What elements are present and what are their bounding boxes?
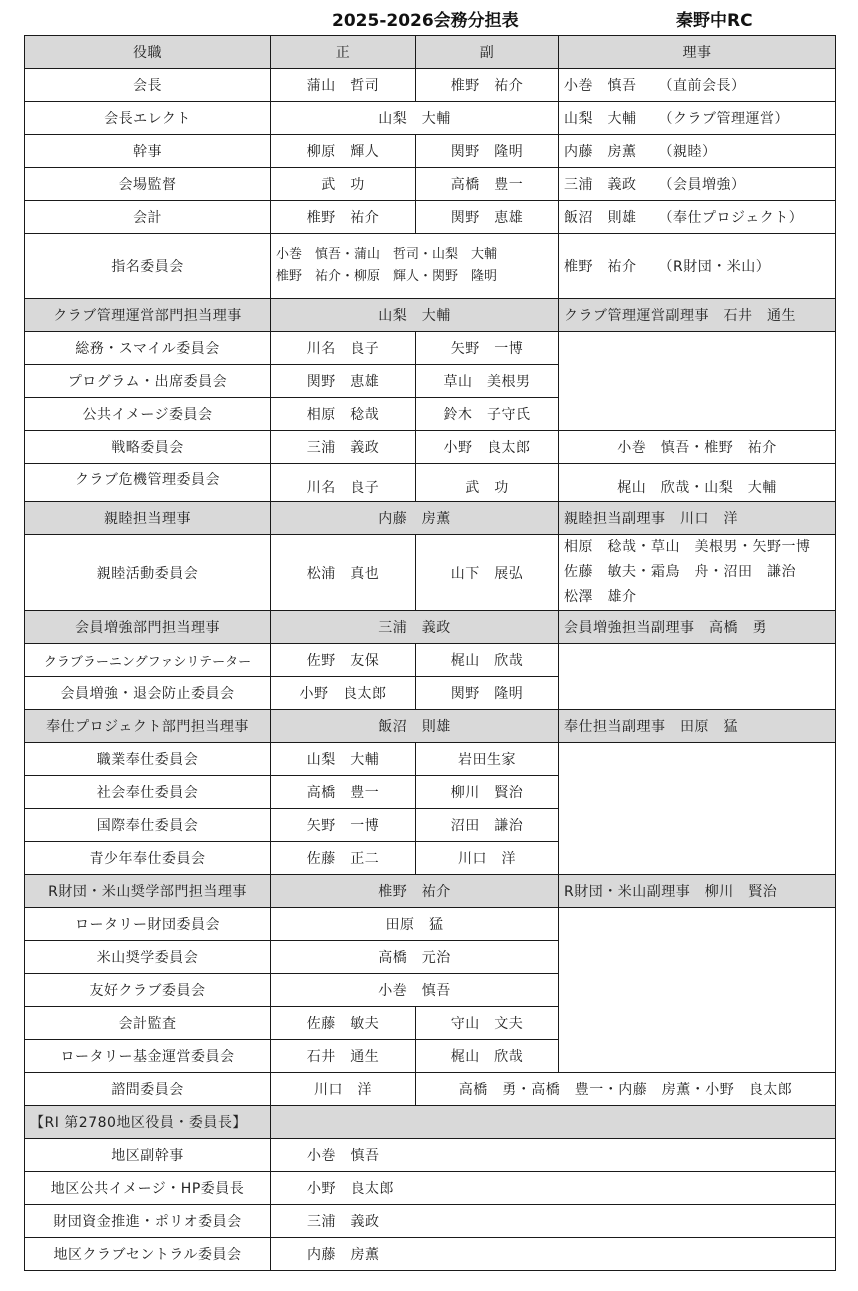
district-name-cell: 小巻 慎吾 <box>271 1139 836 1172</box>
role-cell: 国際奉仕委員会 <box>25 809 271 842</box>
role-cell: 友好クラブ委員会 <box>25 974 271 1007</box>
role-cell: 会員増強・退会防止委員会 <box>25 677 271 710</box>
col-header-role: 役職 <box>25 36 271 69</box>
table-row: 会長エレクト 山梨 大輔 山梨 大輔（クラブ管理運営） <box>25 102 836 135</box>
director-note: （クラブ管理運営） <box>659 111 790 127</box>
chief-cell: 石井 通生 <box>271 1040 416 1073</box>
section-head: 椎野 祐介 <box>271 875 559 908</box>
role-cell: クラブ危機管理委員会 <box>25 464 271 502</box>
role-cell: プログラム・出席委員会 <box>25 365 271 398</box>
vice-director: 会員増強担当副理事 高橋 勇 <box>559 611 836 644</box>
director-name: 三浦 義政 <box>564 177 637 193</box>
section-title: 会員増強部門担当理事 <box>25 611 271 644</box>
chief-cell: 椎野 祐介 <box>271 201 416 234</box>
district-name-cell: 内藤 房薫 <box>271 1238 836 1271</box>
section-row-membership: 会員増強部門担当理事 三浦 義政 会員増強担当副理事 高橋 勇 <box>25 611 836 644</box>
fellowship-members-cell: 相原 稔哉・草山 美根男・矢野一博佐藤 敏夫・霜鳥 舟・沼田 謙治松澤 雄介 <box>559 535 836 611</box>
chief-cell: 柳原 輝人 <box>271 135 416 168</box>
role-cell: 会計監査 <box>25 1007 271 1040</box>
chief-cell: 川名 良子 <box>271 332 416 365</box>
director-note: （親睦） <box>659 144 717 160</box>
chief-cell: 三浦 義政 <box>271 431 416 464</box>
role-cell: クラブラーニングファシリテーター <box>25 644 271 677</box>
district-name-cell: 小野 良太郎 <box>271 1172 836 1205</box>
table-row: 地区公共イメージ・HP委員長 小野 良太郎 <box>25 1172 836 1205</box>
role-cell: 青少年奉仕委員会 <box>25 842 271 875</box>
duty-assignment-table: 役職 正 副 理事 会長 蒲山 哲司 椎野 祐介 小巻 慎吾（直前会長） 会長エ… <box>24 35 836 1271</box>
chief-cell: 関野 恵雄 <box>271 365 416 398</box>
role-cell: ロータリー基金運営委員会 <box>25 1040 271 1073</box>
vice-cell: 関野 恵雄 <box>416 201 559 234</box>
section-title: 親睦担当理事 <box>25 502 271 535</box>
section-head: 山梨 大輔 <box>271 299 559 332</box>
col-header-chief: 正 <box>271 36 416 69</box>
vice-cell: 柳川 賢治 <box>416 776 559 809</box>
role-cell: 会長エレクト <box>25 102 271 135</box>
role-cell: 親睦活動委員会 <box>25 535 271 611</box>
nomination-members-cell: 小巻 慎吾・蒲山 哲司・山梨 大輔椎野 祐介・柳原 輝人・関野 隆明 <box>271 234 559 299</box>
director-cell: 飯沼 則雄（奉仕プロジェクト） <box>559 201 836 234</box>
section-row-club-admin: クラブ管理運営部門担当理事 山梨 大輔 クラブ管理運営副理事 石井 通生 <box>25 299 836 332</box>
vice-cell: 武 功 <box>416 464 559 502</box>
members-line: 佐藤 敏夫・霜鳥 舟・沼田 謙治 <box>564 560 831 585</box>
role-cell: 会計 <box>25 201 271 234</box>
table-row: クラブラーニングファシリテーター 佐野 友保 梶山 欣哉 <box>25 644 836 677</box>
director-name: 小巻 慎吾 <box>564 78 637 94</box>
table-row: 総務・スマイル委員会 川名 良子 矢野 一博 <box>25 332 836 365</box>
director-note: （会員増強） <box>659 177 746 193</box>
role-cell: 地区副幹事 <box>25 1139 271 1172</box>
director-note: （直前会長） <box>659 78 746 94</box>
chief-cell: 高橋 豊一 <box>271 776 416 809</box>
director-cell: 内藤 房薫（親睦） <box>559 135 836 168</box>
chief-cell: 山梨 大輔 <box>271 743 416 776</box>
chief-cell: 相原 稔哉 <box>271 398 416 431</box>
chief-cell: 武 功 <box>271 168 416 201</box>
chief-cell: 松浦 真也 <box>271 535 416 611</box>
director-cell: 梶山 欣哉・山梨 大輔 <box>559 464 836 502</box>
club-name: 秦野中RC <box>676 6 753 31</box>
vice-director: R財団・米山副理事 柳川 賢治 <box>559 875 836 908</box>
vice-cell: 岩田生家 <box>416 743 559 776</box>
page-title: 2025-2026会務分担表 <box>332 6 519 31</box>
vice-cell: 椎野 祐介 <box>416 69 559 102</box>
members-line: 椎野 祐介・柳原 輝人・関野 隆明 <box>276 266 554 288</box>
section-row-fellowship: 親睦担当理事 内藤 房薫 親睦担当副理事 川口 洋 <box>25 502 836 535</box>
table-row: 財団資金推進・ポリオ委員会 三浦 義政 <box>25 1205 836 1238</box>
table-row: 指名委員会 小巻 慎吾・蒲山 哲司・山梨 大輔椎野 祐介・柳原 輝人・関野 隆明… <box>25 234 836 299</box>
members-line: 小巻 慎吾・蒲山 哲司・山梨 大輔 <box>276 244 554 266</box>
role-cell: 公共イメージ委員会 <box>25 398 271 431</box>
director-cell: 椎野 祐介（R財団・米山） <box>559 234 836 299</box>
vice-cell: 小野 良太郎 <box>416 431 559 464</box>
director-cell-empty <box>559 908 836 1073</box>
section-title: クラブ管理運営部門担当理事 <box>25 299 271 332</box>
table-row: 地区副幹事 小巻 慎吾 <box>25 1139 836 1172</box>
chief-cell: 佐野 友保 <box>271 644 416 677</box>
table-row: 職業奉仕委員会 山梨 大輔 岩田生家 <box>25 743 836 776</box>
table-row: 会長 蒲山 哲司 椎野 祐介 小巻 慎吾（直前会長） <box>25 69 836 102</box>
section-row-district: 【RI 第2780地区役員・委員長】 <box>25 1106 836 1139</box>
district-name-cell: 三浦 義政 <box>271 1205 836 1238</box>
table-row: ロータリー財団委員会 田原 猛 <box>25 908 836 941</box>
director-name: 山梨 大輔 <box>564 111 637 127</box>
merged-name-cell: 高橋 元治 <box>271 941 559 974</box>
director-note: （奉仕プロジェクト） <box>659 210 804 226</box>
vice-cell: 沼田 謙治 <box>416 809 559 842</box>
role-cell: 総務・スマイル委員会 <box>25 332 271 365</box>
role-cell: 職業奉仕委員会 <box>25 743 271 776</box>
col-header-director: 理事 <box>559 36 836 69</box>
vice-cell: 関野 隆明 <box>416 677 559 710</box>
director-cell: 小巻 慎吾・椎野 祐介 <box>559 431 836 464</box>
role-cell: 社会奉仕委員会 <box>25 776 271 809</box>
section-title: 奉仕プロジェクト部門担当理事 <box>25 710 271 743</box>
section-title: 【RI 第2780地区役員・委員長】 <box>25 1106 271 1139</box>
vice-cell: 矢野 一博 <box>416 332 559 365</box>
role-cell: 会長 <box>25 69 271 102</box>
role-cell: 戦略委員会 <box>25 431 271 464</box>
vice-cell: 梶山 欣哉 <box>416 1040 559 1073</box>
chief-cell: 川口 洋 <box>271 1073 416 1106</box>
role-cell: 幹事 <box>25 135 271 168</box>
chief-cell: 川名 良子 <box>271 464 416 502</box>
table-row: 会場監督 武 功 高橋 豊一 三浦 義政（会員増強） <box>25 168 836 201</box>
role-cell: ロータリー財団委員会 <box>25 908 271 941</box>
vice-director: クラブ管理運営副理事 石井 通生 <box>559 299 836 332</box>
vice-cell: 鈴木 子守氏 <box>416 398 559 431</box>
chief-cell: 佐藤 敏夫 <box>271 1007 416 1040</box>
director-name: 内藤 房薫 <box>564 144 637 160</box>
director-name: 椎野 祐介 <box>564 259 637 275</box>
role-cell: 会場監督 <box>25 168 271 201</box>
director-cell-empty <box>559 644 836 710</box>
table-row: 幹事 柳原 輝人 関野 隆明 内藤 房薫（親睦） <box>25 135 836 168</box>
role-cell: 諮問委員会 <box>25 1073 271 1106</box>
director-cell: 小巻 慎吾（直前会長） <box>559 69 836 102</box>
section-head-empty <box>271 1106 836 1139</box>
vice-cell: 高橋 豊一 <box>416 168 559 201</box>
vice-cell: 川口 洋 <box>416 842 559 875</box>
table-row: クラブ危機管理委員会 川名 良子 武 功 梶山 欣哉・山梨 大輔 <box>25 464 836 502</box>
merged-name-cell: 山梨 大輔 <box>271 102 559 135</box>
role-cell: 米山奨学委員会 <box>25 941 271 974</box>
vice-cell: 草山 美根男 <box>416 365 559 398</box>
role-cell: 財団資金推進・ポリオ委員会 <box>25 1205 271 1238</box>
section-head: 三浦 義政 <box>271 611 559 644</box>
vice-director: 親睦担当副理事 川口 洋 <box>559 502 836 535</box>
director-cell: 三浦 義政（会員増強） <box>559 168 836 201</box>
table-row: 親睦活動委員会 松浦 真也 山下 展弘 相原 稔哉・草山 美根男・矢野一博佐藤 … <box>25 535 836 611</box>
members-line: 松澤 雄介 <box>564 585 831 610</box>
members-line: 相原 稔哉・草山 美根男・矢野一博 <box>564 535 831 560</box>
vice-cell: 守山 文夫 <box>416 1007 559 1040</box>
director-note: （R財団・米山） <box>659 259 771 275</box>
table-row: 諮問委員会 川口 洋 高橋 勇・高橋 豊一・内藤 房薫・小野 良太郎 <box>25 1073 836 1106</box>
section-title: R財団・米山奨学部門担当理事 <box>25 875 271 908</box>
role-cell: 地区クラブセントラル委員会 <box>25 1238 271 1271</box>
advisory-members-cell: 高橋 勇・高橋 豊一・内藤 房薫・小野 良太郎 <box>416 1073 836 1106</box>
role-cell: 地区公共イメージ・HP委員長 <box>25 1172 271 1205</box>
director-name: 飯沼 則雄 <box>564 210 637 226</box>
director-cell-empty <box>559 743 836 875</box>
chief-cell: 蒲山 哲司 <box>271 69 416 102</box>
director-cell-empty <box>559 332 836 431</box>
chief-cell: 佐藤 正二 <box>271 842 416 875</box>
section-head: 飯沼 則雄 <box>271 710 559 743</box>
table-header-row: 役職 正 副 理事 <box>25 36 836 69</box>
table-row: 地区クラブセントラル委員会 内藤 房薫 <box>25 1238 836 1271</box>
vice-cell: 梶山 欣哉 <box>416 644 559 677</box>
section-row-service: 奉仕プロジェクト部門担当理事 飯沼 則雄 奉仕担当副理事 田原 猛 <box>25 710 836 743</box>
col-header-vice: 副 <box>416 36 559 69</box>
merged-name-cell: 小巻 慎吾 <box>271 974 559 1007</box>
section-head: 内藤 房薫 <box>271 502 559 535</box>
table-row: 戦略委員会 三浦 義政 小野 良太郎 小巻 慎吾・椎野 祐介 <box>25 431 836 464</box>
section-row-foundation: R財団・米山奨学部門担当理事 椎野 祐介 R財団・米山副理事 柳川 賢治 <box>25 875 836 908</box>
role-cell: 指名委員会 <box>25 234 271 299</box>
vice-cell: 関野 隆明 <box>416 135 559 168</box>
table-row: 会計 椎野 祐介 関野 恵雄 飯沼 則雄（奉仕プロジェクト） <box>25 201 836 234</box>
director-cell: 山梨 大輔（クラブ管理運営） <box>559 102 836 135</box>
vice-cell: 山下 展弘 <box>416 535 559 611</box>
chief-cell: 矢野 一博 <box>271 809 416 842</box>
vice-director: 奉仕担当副理事 田原 猛 <box>559 710 836 743</box>
chief-cell: 小野 良太郎 <box>271 677 416 710</box>
merged-name-cell: 田原 猛 <box>271 908 559 941</box>
